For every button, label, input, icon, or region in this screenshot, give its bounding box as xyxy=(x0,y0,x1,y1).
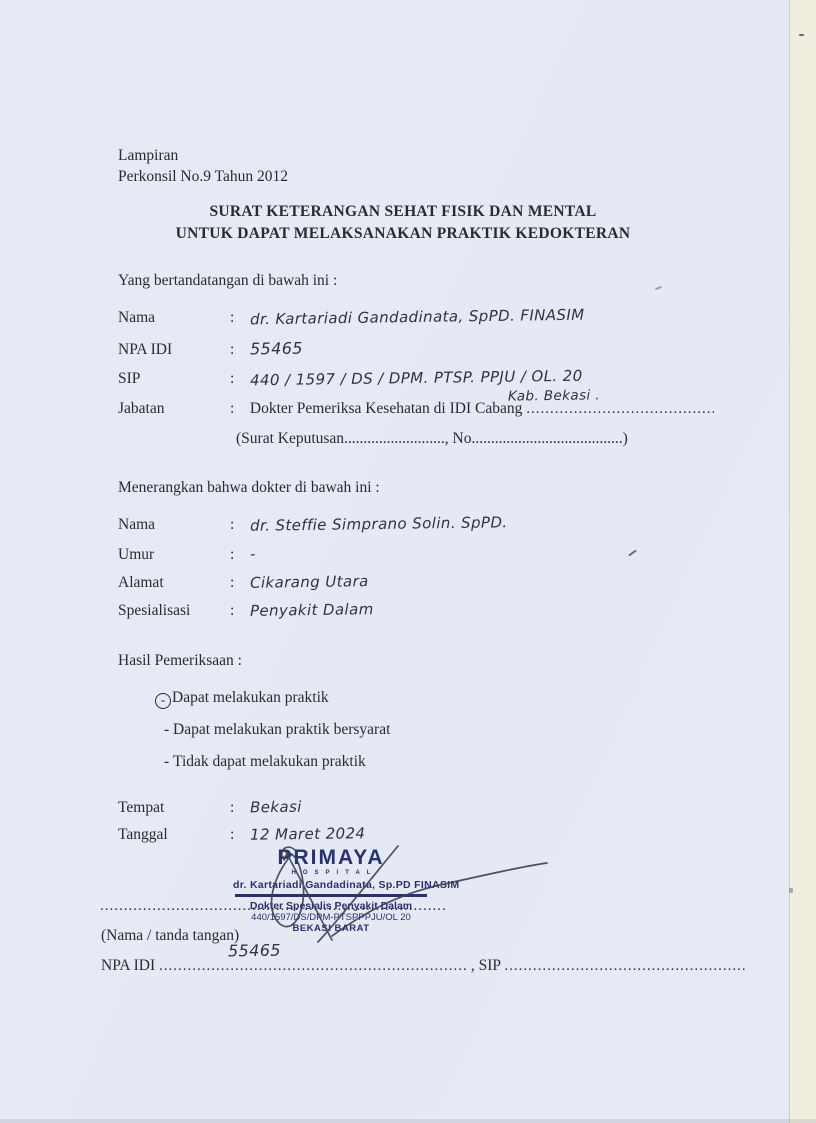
pen-signature xyxy=(250,838,560,950)
colon: : xyxy=(230,341,246,359)
scan-speck xyxy=(799,34,804,36)
result-option-2: - Dapat melakukan praktik bersyarat xyxy=(164,721,390,739)
name-signature-caption: (Nama / tanda tangan) xyxy=(101,927,239,945)
jabatan-handwritten-value: Kab. Bekasi . xyxy=(508,387,600,404)
option-marker: - xyxy=(164,721,169,738)
handwritten-value: 55465 xyxy=(250,339,303,359)
handwritten-value: dr. Steffie Simprano Solin. SpPD. xyxy=(250,513,508,535)
document-title-line2: UNTUK DAPAT MELAKSANAKAN PRAKTIK KEDOKTE… xyxy=(8,225,798,243)
field-label: Spesialisasi xyxy=(118,602,230,620)
colon: : xyxy=(230,516,246,534)
colon: : xyxy=(230,546,246,564)
colon: : xyxy=(230,574,246,592)
field-label: Umur xyxy=(118,546,230,564)
dotted-leader: ........................................… xyxy=(159,958,467,975)
option-label: Tidak dapat melakukan praktik xyxy=(173,753,366,770)
patient-row-nama: Nama: dr. Steffie Simprano Solin. SpPD. xyxy=(118,515,507,534)
page-bottom-shadow xyxy=(0,1119,816,1123)
examiner-row-jabatan: Jabatan: Dokter Pemeriksa Kesehatan di I… xyxy=(118,400,714,418)
handwritten-value: Bekasi xyxy=(250,798,302,817)
patient-row-spesialisasi: Spesialisasi: Penyakit Dalam xyxy=(118,601,374,620)
patient-row-umur: Umur: - xyxy=(118,545,256,564)
sip-label: , SIP xyxy=(471,957,501,974)
scanner-background-strip xyxy=(789,0,816,1123)
lampiran-label: Lampiran xyxy=(118,147,178,165)
colon: : xyxy=(230,602,246,620)
npa-idi-label: NPA IDI xyxy=(101,957,155,974)
colon: : xyxy=(230,309,246,327)
handwritten-value: - xyxy=(250,545,256,563)
scan-speck xyxy=(655,286,662,290)
field-label: SIP xyxy=(118,370,230,388)
handwritten-value: Penyakit Dalam xyxy=(250,600,374,620)
examiner-intro: Yang bertandatangan di bawah ini : xyxy=(118,272,337,290)
colon: : xyxy=(230,799,246,817)
field-label: NPA IDI xyxy=(118,341,230,359)
colon: : xyxy=(230,826,246,844)
perkonsil-label: Perkonsil No.9 Tahun 2012 xyxy=(118,168,288,186)
closing-row-tempat: Tempat: Bekasi xyxy=(118,798,302,817)
jabatan-printed-text: Dokter Pemeriksa Kesehatan di IDI Cabang xyxy=(250,400,522,417)
option-label: Dapat melakukan praktik bersyarat xyxy=(173,721,390,738)
handwritten-value: Cikarang Utara xyxy=(250,572,369,592)
handwritten-value: dr. Kartariadi Gandadinata, SpPD. FINASI… xyxy=(250,306,585,329)
colon: : xyxy=(230,400,246,418)
pen-mark-artifact xyxy=(628,550,637,557)
scanned-certificate-page: Lampiran Perkonsil No.9 Tahun 2012 SURAT… xyxy=(0,0,816,1123)
examiner-row-sip: SIP: 440 / 1597 / DS / DPM. PTSP. PPJU /… xyxy=(118,369,583,388)
surat-keputusan-line: (Surat Keputusan........................… xyxy=(236,430,628,448)
option-marker: - xyxy=(164,753,169,770)
examiner-row-nama: Nama: dr. Kartariadi Gandadinata, SpPD. … xyxy=(118,308,584,327)
patient-intro: Menerangkan bahwa dokter di bawah ini : xyxy=(118,479,380,497)
field-label: Alamat xyxy=(118,574,230,592)
dotted-leader: ........................................… xyxy=(504,958,746,975)
document-title-line1: SURAT KETERANGAN SEHAT FISIK DAN MENTAL xyxy=(8,203,798,221)
field-label: Nama xyxy=(118,516,230,534)
selection-circle-mark: - xyxy=(155,693,171,709)
npa-sip-line: NPA IDI ................................… xyxy=(101,957,746,975)
field-label: Nama xyxy=(118,309,230,327)
scan-speck xyxy=(789,888,793,893)
result-option-selected: -Dapat melakukan praktik xyxy=(155,689,329,709)
patient-row-alamat: Alamat: Cikarang Utara xyxy=(118,573,369,592)
field-label: Tempat xyxy=(118,799,230,817)
field-label: Tanggal xyxy=(118,826,230,844)
result-option-3: - Tidak dapat melakukan praktik xyxy=(164,753,366,771)
result-heading: Hasil Pemeriksaan : xyxy=(118,652,242,670)
colon: : xyxy=(230,370,246,388)
examiner-row-npa-idi: NPA IDI: 55465 xyxy=(118,339,303,359)
handwritten-value: 440 / 1597 / DS / DPM. PTSP. PPJU / OL. … xyxy=(250,367,583,390)
option-label: Dapat melakukan praktik xyxy=(172,689,329,706)
field-label: Jabatan xyxy=(118,400,230,418)
